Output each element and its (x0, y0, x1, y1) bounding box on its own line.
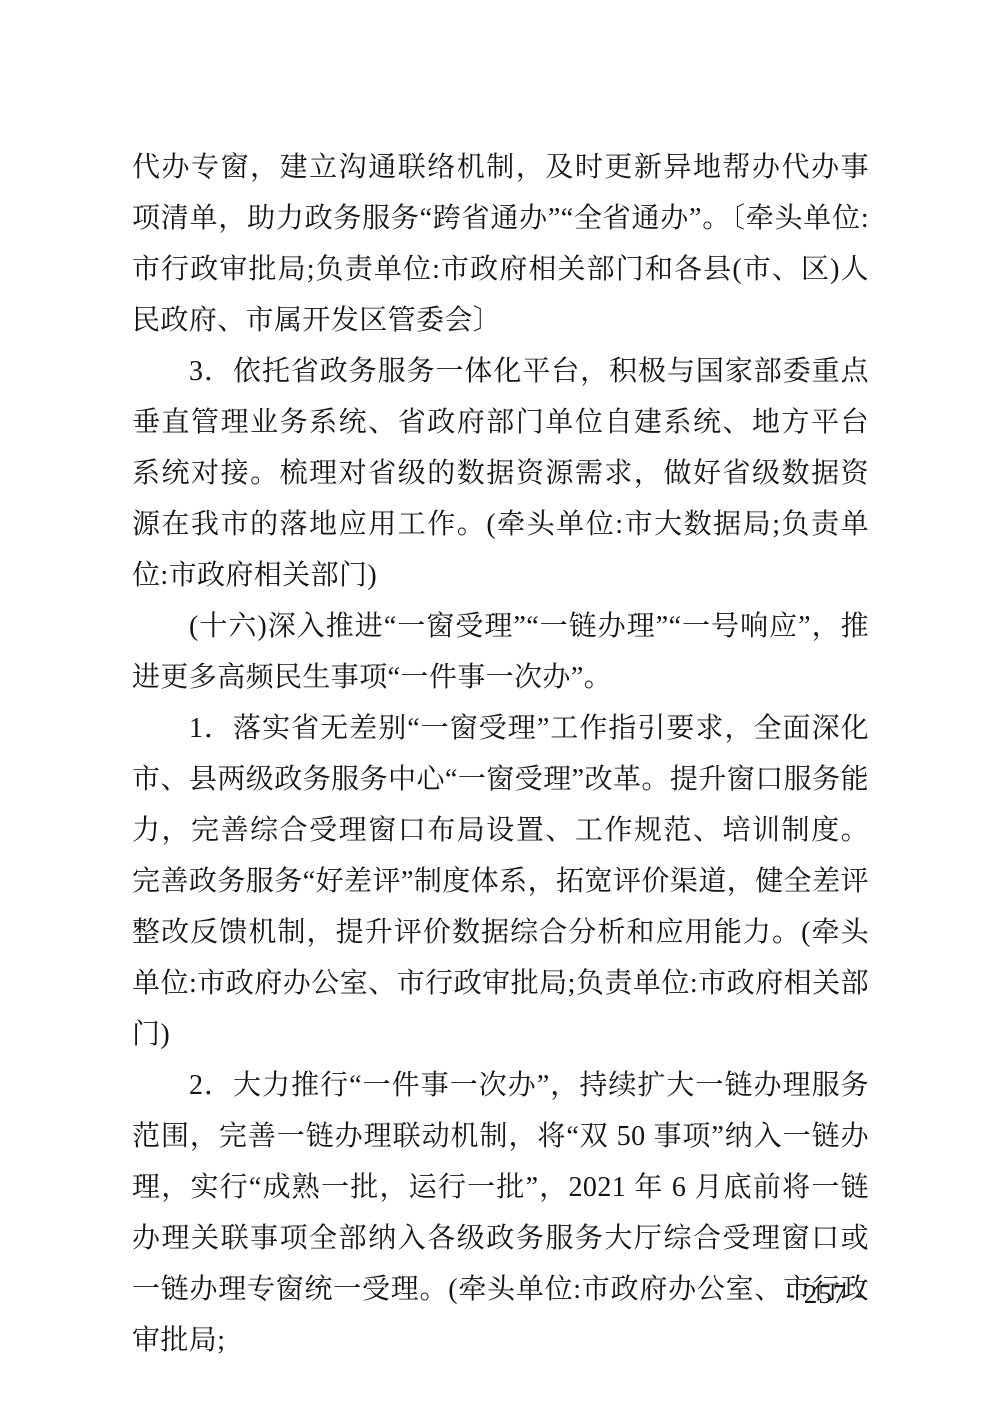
document-body: 代办专窗，建立沟通联络机制，及时更新异地帮办代办事项清单，助力政务服务“跨省通办… (132, 142, 869, 1366)
page-number: - 257 - (786, 1278, 865, 1310)
section-heading-16: (十六)深入推进“一窗受理”“一链办理”“一号响应”，推进更多高频民生事项“一件… (132, 601, 869, 703)
paragraph-item-1: 1．落实省无差别“一窗受理”工作指引要求，全面深化市、县两级政务服务中心“一窗受… (132, 703, 869, 1060)
paragraph-item-3: 3．依托省政务服务一体化平台，积极与国家部委重点垂直管理业务系统、省政府部门单位… (132, 346, 869, 601)
document-page: 代办专窗，建立沟通联络机制，及时更新异地帮办代办事项清单，助力政务服务“跨省通办… (0, 0, 1000, 1414)
paragraph-continuation: 代办专窗，建立沟通联络机制，及时更新异地帮办代办事项清单，助力政务服务“跨省通办… (132, 142, 869, 346)
paragraph-item-2: 2．大力推行“一件事一次办”，持续扩大一链办理服务范围，完善一链办理联动机制，将… (132, 1060, 869, 1366)
